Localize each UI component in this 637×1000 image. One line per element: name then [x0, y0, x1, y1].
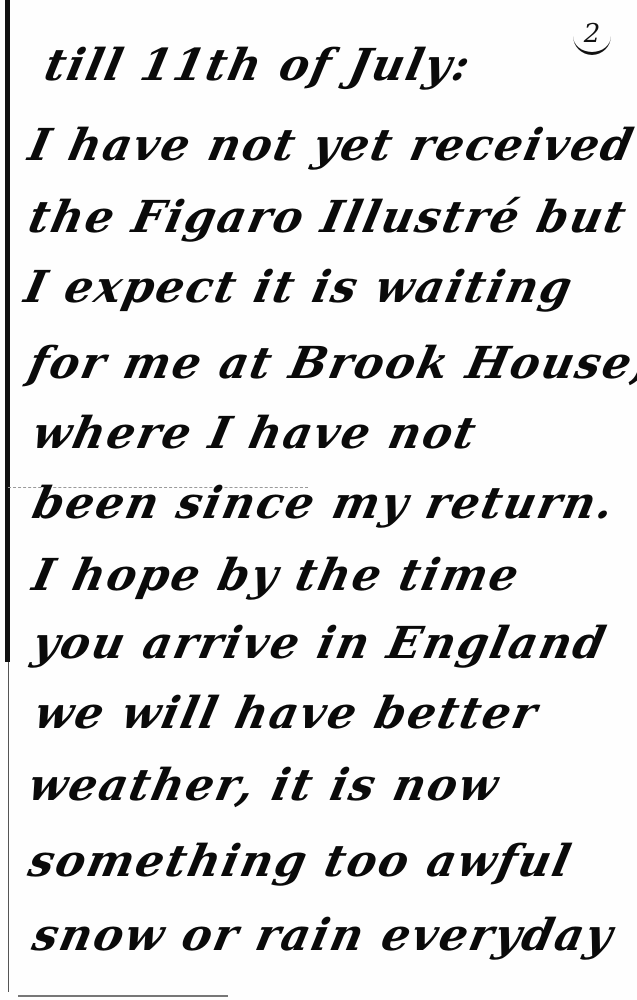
letter-line: snow or rain everyday — [28, 910, 637, 961]
letter-line: I hope by the time — [28, 550, 637, 601]
letter-line: I expect it is waiting — [20, 262, 631, 313]
letter-line: been since my return. — [28, 478, 637, 529]
scan-edge-bar — [5, 0, 10, 662]
letter-page: 2 till 11th of July: I have not yet rece… — [0, 0, 637, 1000]
scan-bottom-edge — [18, 995, 228, 997]
letter-line: I have not yet received — [24, 120, 635, 171]
letter-line: something too awful — [24, 836, 635, 887]
letter-line: where I have not — [28, 408, 637, 459]
scan-edge-line — [8, 662, 9, 992]
letter-line: weather, it is now — [24, 760, 635, 811]
letter-line: you arrive in England — [28, 618, 637, 669]
letter-line: we will have better — [30, 688, 637, 739]
letter-line: the Figaro Illustré but — [24, 192, 635, 243]
letter-line: till 11th of July: — [40, 40, 637, 91]
letter-line: for me at Brook House, — [24, 338, 635, 389]
